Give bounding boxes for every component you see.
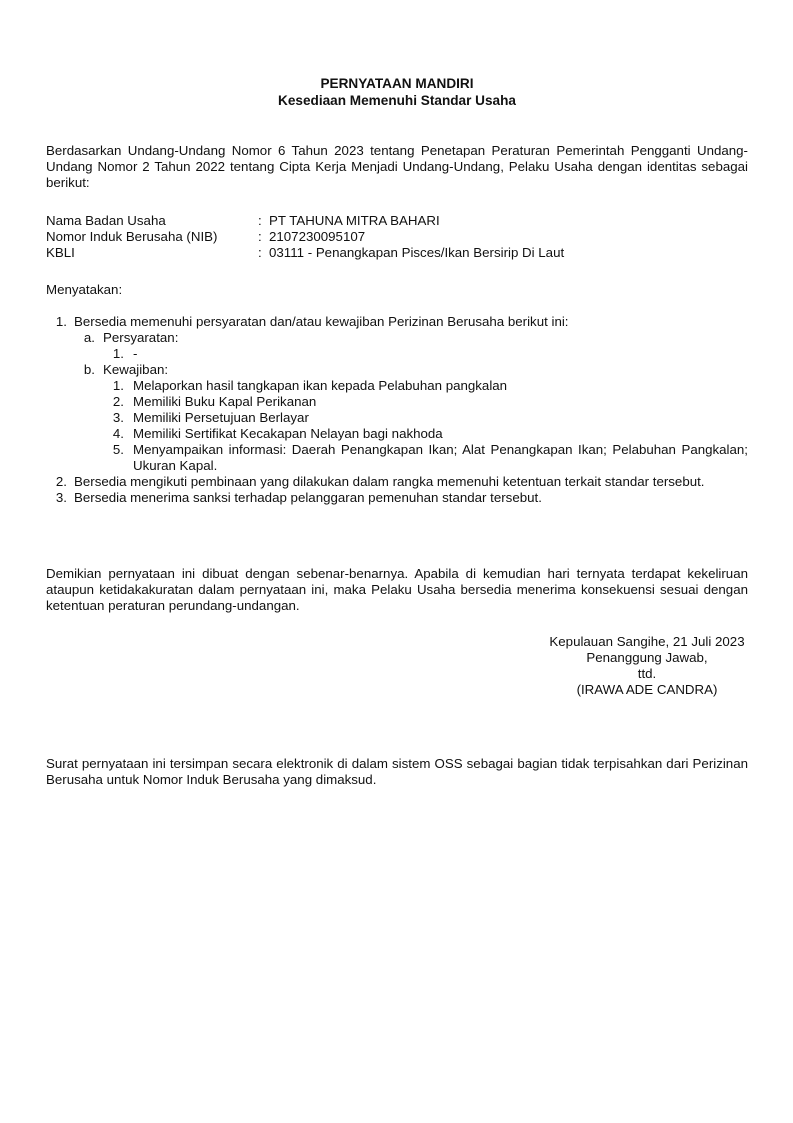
kewajiban-item: 3. Memiliki Persetujuan Berlayar [46,410,748,426]
signature-role: Penanggung Jawab, [546,650,748,666]
identity-value: 2107230095107 [269,229,365,245]
identity-row-kbli: KBLI : 03111 - Penangkapan Pisces/Ikan B… [46,245,564,261]
kewajiban-item: 2. Memiliki Buku Kapal Perikanan [46,394,748,410]
list-number: 5. [103,442,124,458]
kewajiban-item: 1. Melaporkan hasil tangkapan ikan kepad… [46,378,748,394]
document-header: PERNYATAAN MANDIRI Kesediaan Memenuhi St… [46,75,748,109]
list-number: 3. [103,410,124,426]
signature-mark: ttd. [546,666,748,682]
list-text: Memiliki Sertifikat Kecakapan Nelayan ba… [133,426,748,442]
signature-place-date: Kepulauan Sangihe, 21 Juli 2023 [546,634,748,650]
list-text: Bersedia menerima sanksi terhadap pelang… [74,490,748,506]
statement-item: 3. Bersedia menerima sanksi terhadap pel… [46,490,748,506]
identity-row-nib: Nomor Induk Berusaha (NIB) : 21072300951… [46,229,564,245]
list-number: 1. [103,378,124,394]
list-number: 2. [103,394,124,410]
kewajiban-item: 4. Memiliki Sertifikat Kecakapan Nelayan… [46,426,748,442]
identity-row-company-name: Nama Badan Usaha : PT TAHUNA MITRA BAHAR… [46,213,564,229]
sub-item-kewajiban: b. Kewajiban: [46,362,748,378]
identity-label: Nomor Induk Berusaha (NIB) [46,229,258,245]
statement-list: 1. Bersedia memenuhi persyaratan dan/ata… [46,314,748,506]
list-text: Bersedia memenuhi persyaratan dan/atau k… [74,314,748,330]
list-text: Melaporkan hasil tangkapan ikan kepada P… [133,378,748,394]
list-text: Bersedia mengikuti pembinaan yang dilaku… [74,474,748,490]
persyaratan-item: 1. - [46,346,748,362]
identity-table: Nama Badan Usaha : PT TAHUNA MITRA BAHAR… [46,213,564,261]
list-number: 1. [46,314,67,330]
signatory-name: (IRAWA ADE CANDRA) [546,682,748,698]
statement-item: 2. Bersedia mengikuti pembinaan yang dil… [46,474,748,490]
sub-item-persyaratan: a. Persyaratan: [46,330,748,346]
footer-note: Surat pernyataan ini tersimpan secara el… [46,756,748,788]
kewajiban-item: 5. Menyampaikan informasi: Daerah Penang… [46,442,748,474]
document-title: PERNYATAAN MANDIRI [46,75,748,92]
list-number: 2. [46,474,67,490]
list-number: 3. [46,490,67,506]
identity-value: PT TAHUNA MITRA BAHARI [269,213,440,229]
list-letter: a. [74,330,95,346]
list-text: Persyaratan: [103,330,748,346]
document-subtitle: Kesediaan Memenuhi Standar Usaha [46,92,748,109]
list-text: Memiliki Buku Kapal Perikanan [133,394,748,410]
identity-colon: : [258,213,269,229]
closing-paragraph: Demikian pernyataan ini dibuat dengan se… [46,566,748,614]
identity-value: 03111 - Penangkapan Pisces/Ikan Bersirip… [269,245,564,261]
list-text: Kewajiban: [103,362,748,378]
list-text: - [133,346,748,362]
list-number: 4. [103,426,124,442]
list-text: Menyampaikan informasi: Daerah Penangkap… [133,442,748,474]
identity-label: KBLI [46,245,258,261]
intro-paragraph: Berdasarkan Undang-Undang Nomor 6 Tahun … [46,143,748,191]
list-letter: b. [74,362,95,378]
identity-colon: : [258,245,269,261]
identity-colon: : [258,229,269,245]
list-text: Memiliki Persetujuan Berlayar [133,410,748,426]
list-number: 1. [103,346,124,362]
menyatakan-label: Menyatakan: [46,282,748,298]
signature-block: Kepulauan Sangihe, 21 Juli 2023 Penanggu… [546,634,748,698]
identity-label: Nama Badan Usaha [46,213,258,229]
statement-item: 1. Bersedia memenuhi persyaratan dan/ata… [46,314,748,330]
